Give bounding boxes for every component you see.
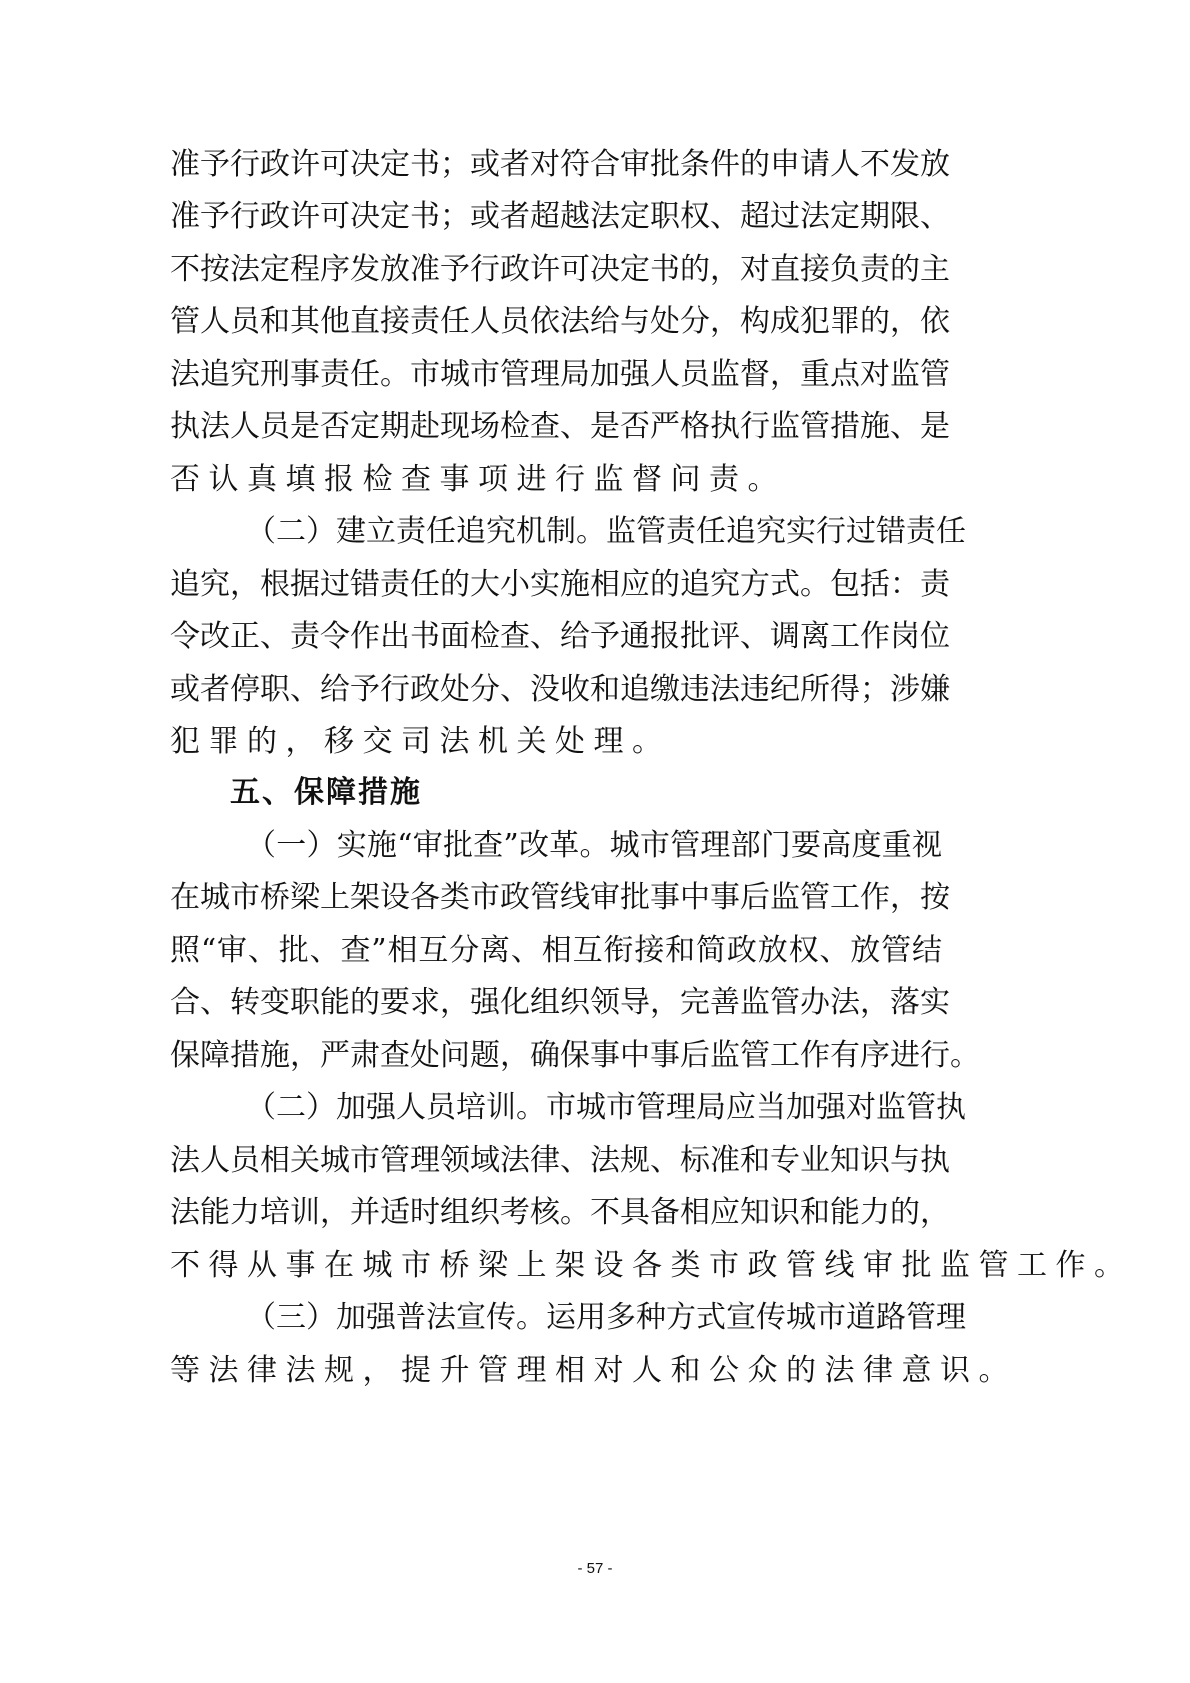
text-line: 执法人员是否定期赴现场检查、是否严格执行监管措施、是 [170,407,942,447]
text-line: 追究，根据过错责任的大小实施相应的追究方式。包括：责 [170,565,942,605]
text-line: 等法律法规，提升管理相对人和公众的法律意识。 [170,1351,942,1391]
section-heading: 五、保障措施 [230,773,422,813]
text-line: 令改正、责令作出书面检查、给予通报批评、调离工作岗位 [170,617,942,657]
document-page: 准予行政许可决定书；或者对符合审批条件的申请人不发放 准予行政许可决定书；或者超… [0,0,1190,1683]
text-line: 犯罪的，移交司法机关处理。 [170,722,942,762]
text-line: 合、转变职能的要求，强化组织领导，完善监管办法，落实 [170,983,942,1023]
text-line: 保障措施，严肃查处问题，确保事中事后监管工作有序进行。 [170,1036,942,1076]
text-line: （三）加强普法宣传。运用多种方式宣传城市道路管理 [246,1298,942,1338]
text-line: 准予行政许可决定书；或者超越法定职权、超过法定期限、 [170,197,942,237]
text-line: 法能力培训，并适时组织考核。不具备相应知识和能力的， [170,1193,942,1233]
text-line: 否认真填报检查事项进行监督问责。 [170,460,942,500]
text-line: 在城市桥梁上架设各类市政管线审批事中事后监管工作，按 [170,878,942,918]
text-line: 法人员相关城市管理领域法律、法规、标准和专业知识与执 [170,1141,942,1181]
text-line: 或者停职、给予行政处分、没收和追缴违法违纪所得；涉嫌 [170,670,942,710]
text-line: 照“审、批、查”相互分离、相互衔接和简政放权、放管结 [170,931,942,971]
text-line: 法追究刑事责任。市城市管理局加强人员监督，重点对监管 [170,355,942,395]
text-line: 管人员和其他直接责任人员依法给与处分，构成犯罪的，依 [170,302,942,342]
text-line: 不按法定程序发放准予行政许可决定书的，对直接负责的主 [170,250,942,290]
text-line: （二）加强人员培训。市城市管理局应当加强对监管执 [246,1088,942,1128]
text-line: 准予行政许可决定书；或者对符合审批条件的申请人不发放 [170,145,942,185]
text-line: （一）实施“审批查”改革。城市管理部门要高度重视 [246,826,942,866]
text-line: 不得从事在城市桥梁上架设各类市政管线审批监管工作。 [170,1246,942,1286]
page-number: - 57 - [0,1560,1190,1577]
text-line: （二）建立责任追究机制。监管责任追究实行过错责任 [246,512,942,552]
